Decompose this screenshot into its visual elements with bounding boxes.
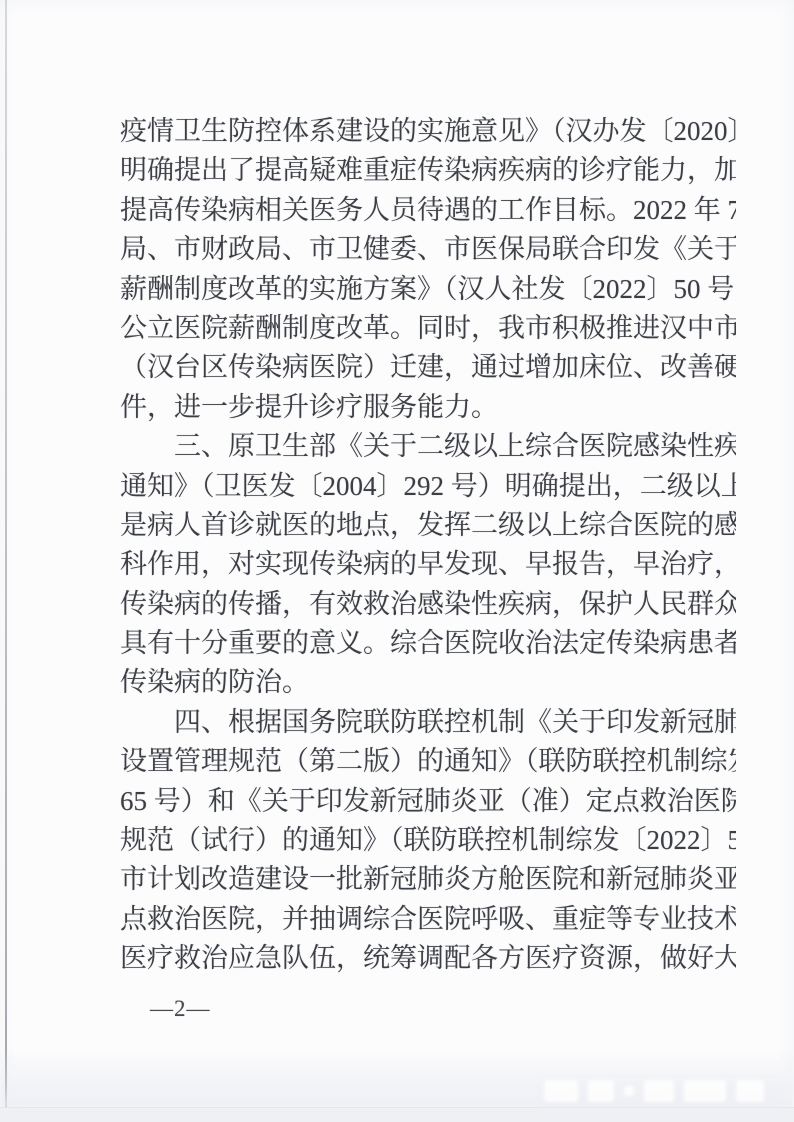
watermark-glyph-shape	[544, 1080, 578, 1102]
document-body-text: 疫情卫生防控体系建设的实施意见》（汉办发〔2020〕26 号），明确提出了提高疑…	[120, 112, 736, 979]
text-line: 医疗救治应急队伍，统筹调配各方医疗资源，做好大规模疫情	[120, 939, 736, 978]
text-line: 三、原卫生部《关于二级以上综合医院感染性疾病科建设的	[120, 427, 736, 466]
watermark-glyph-shape	[684, 1080, 726, 1102]
text-line: 规范（试行）的通知》（联防联控机制综发〔2022〕57 号），我	[120, 821, 736, 860]
text-line: 市计划改造建设一批新冠肺炎方舱医院和新冠肺炎亚（准）定	[120, 860, 736, 899]
text-line: 传染病的防治。	[120, 663, 736, 702]
page-number: —2—	[150, 996, 211, 1022]
text-line: 传染病的传播，有效救治感染性疾病，保护人民群众身体健康	[120, 585, 736, 624]
text-line: 薪酬制度改革的实施方案》（汉人社发〔2022〕50 号），加快推进	[120, 270, 736, 309]
text-line: 件，进一步提升诊疗服务能力。	[120, 388, 736, 427]
text-line: 疫情卫生防控体系建设的实施意见》（汉办发〔2020〕26 号），	[120, 112, 736, 151]
text-line: 点救治医院，并抽调综合医院呼吸、重症等专业技术人员组建	[120, 900, 736, 939]
text-line: 是病人首诊就医的地点，发挥二级以上综合医院的感染性疾病	[120, 506, 736, 545]
scanner-background-band	[0, 1107, 794, 1122]
watermark-dot-shape	[624, 1086, 634, 1096]
scan-watermark	[538, 1070, 782, 1112]
text-line: 具有十分重要的意义。综合医院收治法定传染病患者，有利于	[120, 624, 736, 663]
text-line: 公立医院薪酬制度改革。同时，我市积极推进汉中市第二人民医院	[120, 309, 736, 348]
text-line: 明确提出了提高疑难重症传染病疾病的诊疗能力，加强学科建设，	[120, 151, 736, 190]
scanned-document-page: 疫情卫生防控体系建设的实施意见》（汉办发〔2020〕26 号），明确提出了提高疑…	[0, 0, 794, 1122]
text-line: 提高传染病相关医务人员待遇的工作目标。2022 年 7 月，市人社	[120, 191, 736, 230]
text-line: （汉台区传染病医院）迁建，通过增加床位、改善硬件设施设备条	[120, 348, 736, 387]
text-line: 四、根据国务院联防联控机制《关于印发新冠肺炎方舱医院	[120, 703, 736, 742]
text-line: 局、市财政局、市卫健委、市医保局联合印发《关于深化公立医院	[120, 230, 736, 269]
text-line: 65 号）和《关于印发新冠肺炎亚（准）定点救治医院设置管理	[120, 782, 736, 821]
text-line: 通知》（卫医发〔2004〕292 号）明确提出，二级以上综合医院	[120, 467, 736, 506]
watermark-glyph-shape	[736, 1080, 764, 1102]
text-line: 设置管理规范（第二版）的通知》（联防联控机制综发〔2022〕	[120, 742, 736, 781]
watermark-glyph-shape	[644, 1080, 674, 1102]
watermark-glyph-shape	[588, 1080, 614, 1102]
text-line: 科作用，对实现传染病的早发现、早报告，早治疗，及时控制	[120, 545, 736, 584]
page-left-edge-line	[5, 0, 7, 1108]
